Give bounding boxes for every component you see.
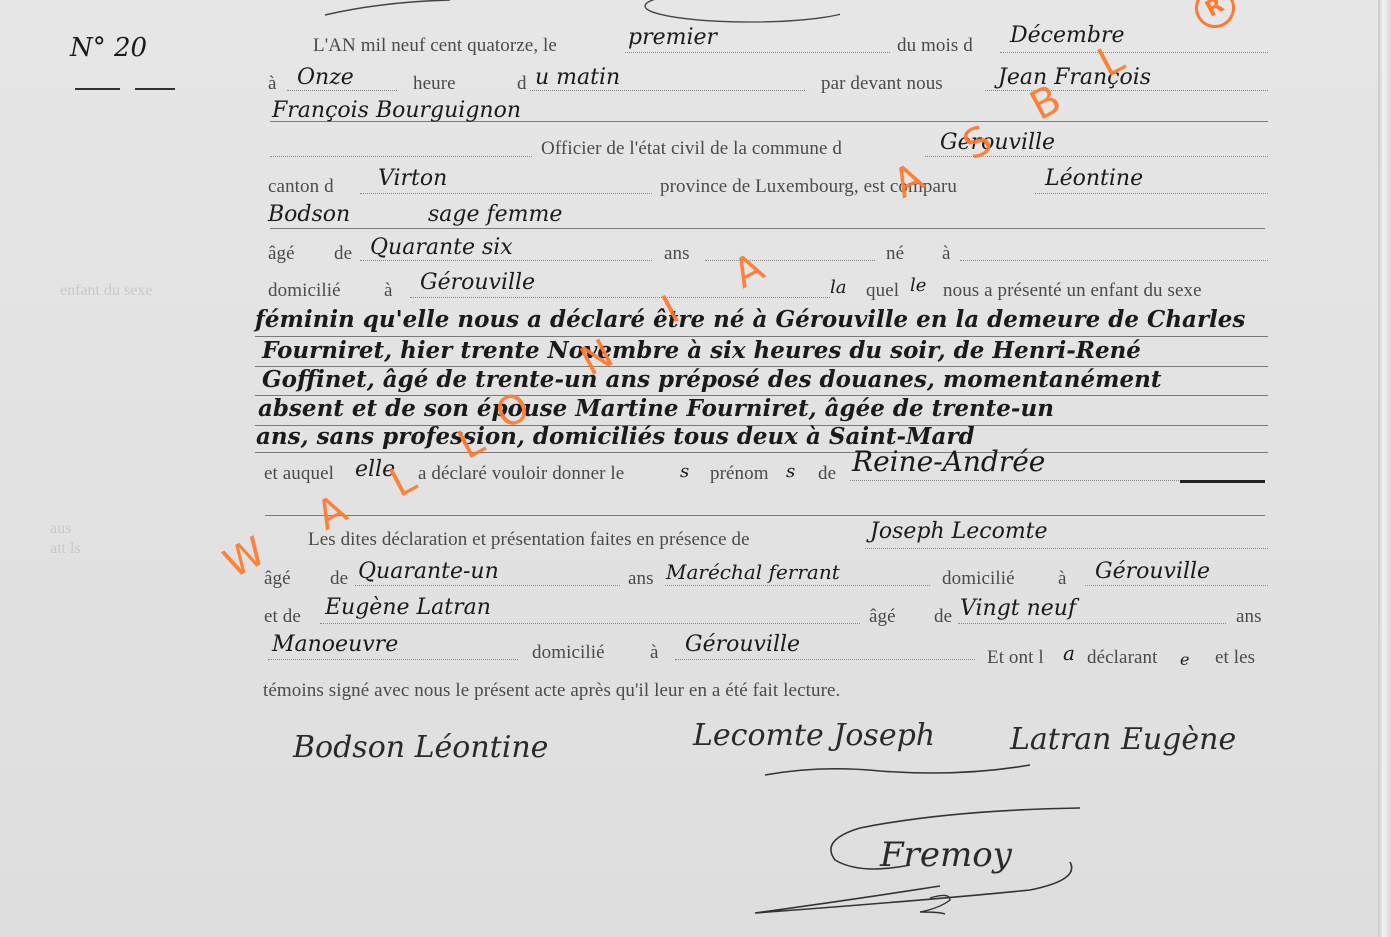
printed-text: canton d bbox=[268, 176, 334, 198]
handwritten-declarant-residence: Gérouville bbox=[420, 271, 535, 295]
fill-line bbox=[265, 515, 1265, 516]
fill-line bbox=[1000, 52, 1268, 53]
handwritten-day: premier bbox=[628, 26, 717, 50]
printed-text: prénom bbox=[710, 463, 769, 485]
handwritten-witness1-occupation: Maréchal ferrant bbox=[666, 560, 840, 584]
handwritten-declarant-occupation: sage femme bbox=[428, 203, 562, 227]
printed-text: et de bbox=[264, 606, 301, 628]
fill-line bbox=[1035, 193, 1268, 194]
fill-line bbox=[255, 452, 1268, 453]
printed-text: ans bbox=[1236, 606, 1262, 628]
handwritten-canton: Virton bbox=[378, 167, 447, 191]
watermark-letter: A bbox=[726, 244, 772, 297]
handwritten-gender-suffix: le bbox=[910, 274, 926, 298]
printed-text: Et ont l bbox=[987, 647, 1044, 669]
handwritten-gender-suffix: e bbox=[1180, 648, 1189, 672]
printed-text: de bbox=[330, 568, 348, 590]
fill-line bbox=[355, 585, 620, 586]
page-edge bbox=[1378, 0, 1391, 937]
handwritten-mother-details: absent et de son épouse Martine Fournire… bbox=[258, 397, 1054, 421]
signature-witness2: Latran Eugène bbox=[1010, 722, 1236, 757]
officer-signature-flourish bbox=[750, 800, 1100, 920]
handwritten-witness1-residence: Gérouville bbox=[1095, 560, 1210, 584]
handwritten-time-of-day: u matin bbox=[535, 66, 620, 90]
handwritten-witness2-name: Eugène Latran bbox=[325, 596, 491, 620]
printed-text: à bbox=[384, 280, 393, 302]
printed-text: quel bbox=[866, 280, 899, 302]
fill-line bbox=[865, 548, 1268, 549]
scanned-document-page: enfant du sexe aus att ls N° 20 L'AN mil… bbox=[0, 0, 1378, 937]
printed-text: et auquel bbox=[264, 463, 334, 485]
registered-mark-icon: R bbox=[1188, 0, 1242, 35]
margin-dash bbox=[135, 88, 175, 90]
printed-text: à bbox=[1058, 568, 1067, 590]
printed-text: domicilié bbox=[268, 280, 341, 302]
handwritten-birth-details: féminin qu'elle nous a déclaré être né à… bbox=[255, 308, 1245, 332]
printed-text: de bbox=[334, 243, 352, 265]
fill-line bbox=[530, 90, 805, 91]
watermark-letter: A bbox=[886, 154, 932, 207]
handwritten-gender-suffix: a bbox=[1063, 641, 1075, 665]
bleed-through-text: enfant du sexe bbox=[60, 282, 152, 300]
handwritten-commune: Gérouville bbox=[940, 131, 1055, 155]
handwritten-gender-suffix: la bbox=[830, 276, 847, 300]
handwritten-declarant-surname: Bodson bbox=[268, 203, 350, 227]
printed-text: à bbox=[942, 243, 951, 265]
closing-stroke bbox=[1180, 480, 1265, 483]
handwritten-witness2-occupation: Manoeuvre bbox=[272, 633, 398, 657]
handwritten-officer-name: François Bourguignon bbox=[272, 99, 521, 123]
fill-line bbox=[360, 260, 652, 261]
signature-underline-flourish bbox=[760, 745, 1040, 785]
printed-text: par devant nous bbox=[821, 73, 943, 95]
fill-line bbox=[675, 659, 975, 660]
printed-text: a déclaré vouloir donner le bbox=[418, 463, 624, 485]
printed-text: de bbox=[934, 606, 952, 628]
printed-text: L'AN mil neuf cent quatorze, le bbox=[313, 35, 557, 57]
handwritten-father-details: Goffinet, âgé de trente-un ans préposé d… bbox=[262, 368, 1161, 392]
printed-text: à bbox=[650, 642, 659, 664]
fill-line bbox=[960, 260, 1268, 261]
printed-text: domicilié bbox=[942, 568, 1015, 590]
printed-text: heure bbox=[413, 73, 456, 95]
printed-text: d bbox=[517, 73, 527, 95]
handwritten-witness2-residence: Gérouville bbox=[685, 633, 800, 657]
signature-declarant: Bodson Léontine bbox=[293, 730, 548, 765]
margin-number: N° 20 bbox=[70, 36, 147, 60]
margin-dash bbox=[75, 88, 120, 90]
fill-line bbox=[270, 156, 532, 157]
handwritten-witness1-name: Joseph Lecomte bbox=[870, 520, 1048, 544]
handwritten-hour: Onze bbox=[297, 66, 354, 90]
fill-line bbox=[625, 52, 890, 53]
printed-text: à bbox=[268, 73, 277, 95]
fill-line bbox=[268, 659, 518, 660]
fill-line bbox=[1085, 585, 1268, 586]
bleed-through-text: att ls bbox=[50, 540, 81, 558]
handwritten-witness1-age: Quarante-un bbox=[358, 560, 499, 584]
printed-text: nous a présenté un enfant du sexe bbox=[943, 280, 1202, 302]
fill-line bbox=[320, 623, 860, 624]
handwritten-child-names: Reine-Andrée bbox=[852, 450, 1045, 474]
bleed-through-text: aus bbox=[50, 520, 71, 538]
handwritten-declarant-firstname: Léontine bbox=[1045, 167, 1143, 191]
handwritten-witness2-age: Vingt neuf bbox=[960, 597, 1076, 621]
printed-text: de bbox=[818, 463, 836, 485]
printed-text: Officier de l'état civil de la commune d bbox=[541, 138, 842, 160]
fill-line bbox=[958, 623, 1226, 624]
printed-text: ans bbox=[664, 243, 690, 265]
printed-text: et les bbox=[1215, 647, 1255, 669]
handwritten-birth-details: Fourniret, hier trente Novembre à six he… bbox=[262, 339, 1141, 363]
header-flourish bbox=[320, 0, 840, 28]
printed-text: déclarant bbox=[1087, 647, 1158, 669]
fill-line bbox=[360, 193, 652, 194]
handwritten-plural: s bbox=[786, 460, 795, 484]
printed-text: âgé bbox=[869, 606, 896, 628]
printed-text: né bbox=[886, 243, 904, 265]
printed-text: témoins signé avec nous le présent acte … bbox=[263, 680, 840, 702]
handwritten-plural: s bbox=[680, 460, 689, 484]
handwritten-declarant-age: Quarante six bbox=[370, 236, 513, 260]
fill-line bbox=[410, 297, 830, 298]
printed-text: du mois d bbox=[897, 35, 973, 57]
printed-text: domicilié bbox=[532, 642, 605, 664]
fill-line bbox=[287, 90, 397, 91]
printed-text: Les dites déclaration et présentation fa… bbox=[308, 529, 750, 551]
printed-text: âgé bbox=[268, 243, 295, 265]
fill-line bbox=[665, 585, 930, 586]
printed-text: ans bbox=[628, 568, 654, 590]
fill-line bbox=[270, 228, 1265, 229]
